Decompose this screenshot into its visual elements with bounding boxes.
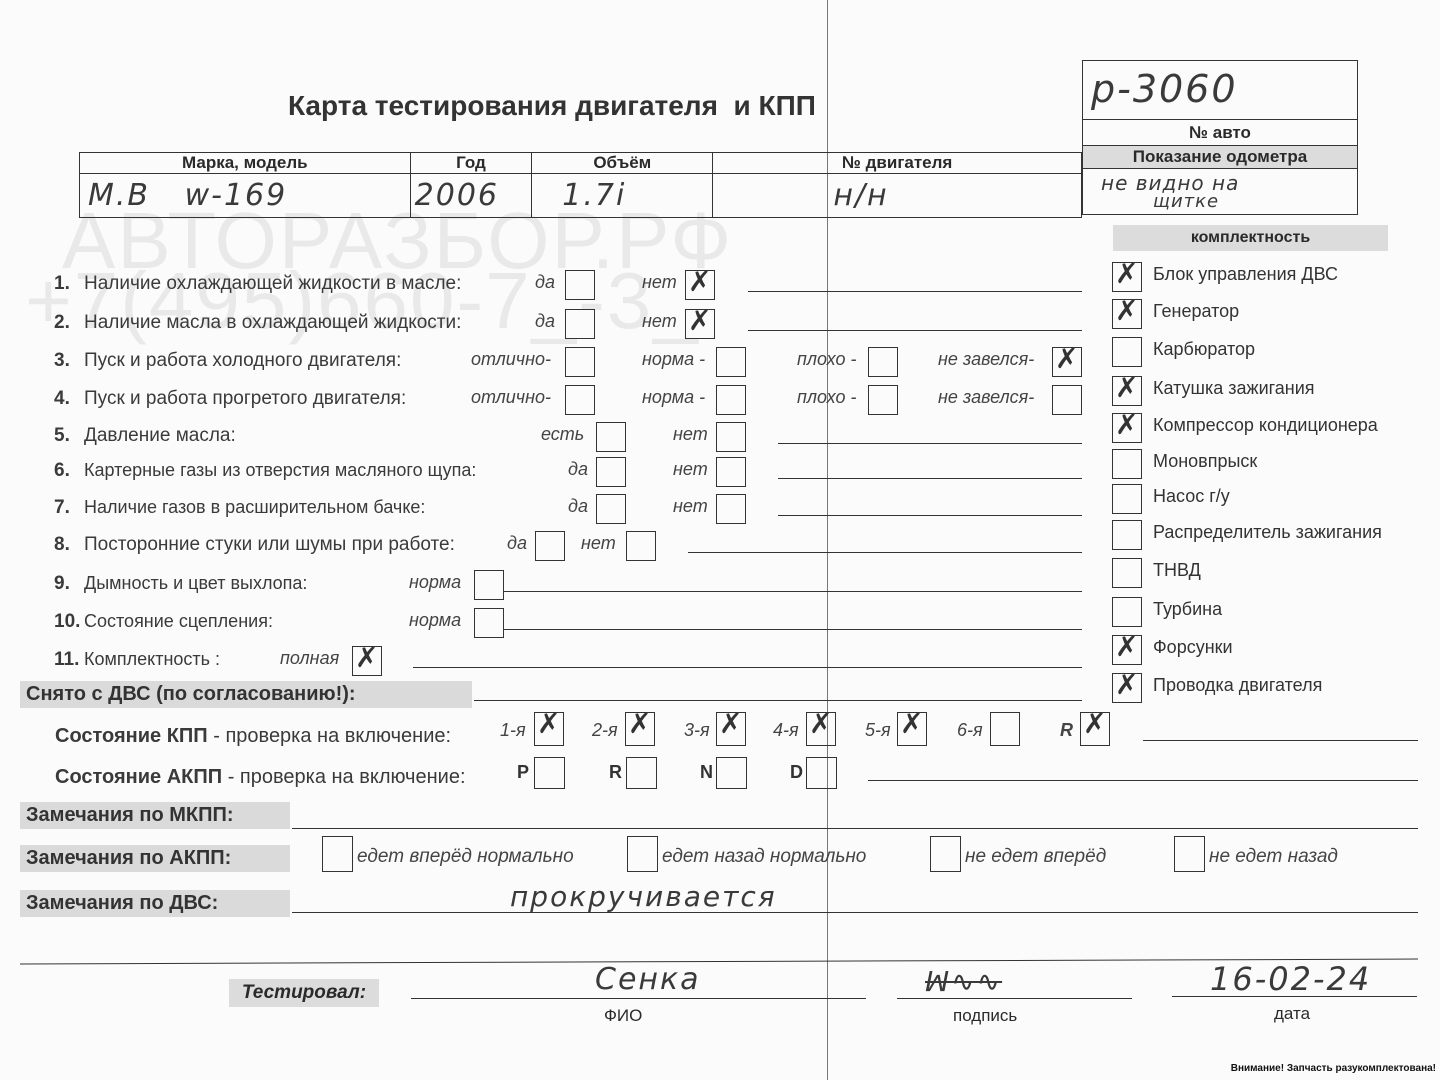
option-label: нет (642, 311, 677, 332)
option-label: норма (409, 610, 461, 631)
comment-line[interactable] (748, 291, 1082, 292)
option-checkbox[interactable] (868, 347, 898, 377)
option-checkbox[interactable]: ✗ (1052, 347, 1082, 377)
completeness-label: Турбина (1153, 599, 1222, 620)
option-label: норма - (642, 387, 705, 408)
option-checkbox[interactable] (626, 531, 656, 561)
dvs-remarks-label: Замечания по ДВС: (20, 890, 290, 917)
akpp-option-label: едет вперёд нормально (357, 846, 574, 868)
check-mark-icon: ✗ (1115, 373, 1138, 403)
comment-line[interactable] (688, 552, 1082, 553)
check-mark-icon: ✗ (719, 709, 742, 739)
option-label: да (507, 533, 527, 554)
comment-line[interactable] (778, 515, 1082, 516)
gear-checkbox[interactable]: ✗ (534, 712, 564, 746)
option-checkbox[interactable] (716, 347, 746, 377)
option-label: да (568, 459, 588, 480)
completeness-label: Карбюратор (1153, 339, 1255, 360)
akpp-option-checkbox[interactable] (627, 836, 658, 872)
option-label: отлично- (471, 349, 551, 370)
option-label: да (535, 311, 555, 332)
option-checkbox[interactable]: ✗ (685, 309, 715, 339)
gear-label: 4-я (773, 720, 799, 741)
comment-line[interactable] (413, 667, 1082, 668)
check-mark-icon: ✗ (1115, 259, 1138, 289)
option-label: нет (581, 533, 616, 554)
option-label: есть (541, 424, 584, 445)
option-checkbox[interactable] (535, 531, 565, 561)
check-mark-icon: ✗ (688, 306, 711, 336)
option-checkbox[interactable]: ✗ (352, 646, 382, 676)
option-checkbox[interactable] (868, 385, 898, 415)
option-checkbox[interactable] (565, 385, 595, 415)
gear-label: 5-я (865, 720, 891, 741)
completeness-label: Проводка двигателя (1153, 675, 1322, 696)
auto-gearbox-line[interactable] (868, 780, 1418, 781)
completeness-label: Насос г/у (1153, 486, 1230, 507)
option-label: да (535, 272, 555, 293)
gear-checkbox[interactable]: ✗ (1080, 712, 1110, 746)
option-label: норма (409, 572, 461, 593)
akpp-option-label: не едет вперёд (965, 846, 1106, 868)
manual-gearbox-line[interactable] (1143, 740, 1418, 741)
manual-gearbox-label: Состояние КПП - проверка на включение: (55, 725, 451, 748)
warning-text: Внимание! Запчасть разукомплектована! (1231, 1063, 1436, 1074)
gear-checkbox[interactable]: ✗ (625, 712, 655, 746)
mode-checkbox[interactable] (806, 757, 837, 789)
gear-checkbox[interactable]: ✗ (897, 712, 927, 746)
gear-checkbox[interactable]: ✗ (716, 712, 746, 746)
gear-label: 1-я (500, 720, 526, 741)
check-mark-icon: ✗ (1115, 296, 1138, 326)
removed-parts-label: Снято с ДВС (по согласованию!): (20, 681, 472, 708)
akpp-option-checkbox[interactable] (930, 836, 961, 872)
manual-gearbox-label-rest: - проверка на включение: (208, 725, 451, 747)
akpp-remarks-label: Замечания по АКПП: (20, 845, 290, 872)
check-number: 9. (54, 573, 70, 595)
check-number: 5. (54, 425, 70, 447)
mode-checkbox[interactable] (716, 757, 747, 789)
completeness-checkbox[interactable] (1112, 484, 1142, 514)
check-number: 10. (54, 611, 80, 633)
completeness-label: Блок управления ДВС (1153, 264, 1338, 285)
check-number: 8. (54, 534, 70, 556)
option-checkbox[interactable]: ✗ (685, 270, 715, 300)
option-checkbox[interactable] (716, 494, 746, 524)
dvs-remarks-value[interactable]: прокручивается (510, 880, 777, 913)
check-label: Пуск и работа прогретого двигателя: (84, 388, 406, 410)
option-label: не завелся- (938, 387, 1034, 408)
completeness-checkbox[interactable] (1112, 449, 1142, 479)
completeness-label: Катушка зажигания (1153, 378, 1315, 399)
mode-checkbox[interactable] (626, 757, 657, 789)
tested-by-label: Тестировал: (229, 979, 379, 1007)
completeness-label: ТНВД (1153, 560, 1201, 581)
check-number: 3. (54, 350, 70, 372)
check-mark-icon: ✗ (1115, 410, 1138, 440)
make-model-field[interactable]: M.B w-169 (80, 174, 411, 218)
signature-line[interactable] (897, 998, 1132, 999)
col-header-volume: Объём (532, 153, 713, 174)
col-header-make-model: Марка, модель (80, 153, 411, 174)
option-label: отлично- (471, 387, 551, 408)
gear-label: R (1060, 720, 1073, 741)
check-number: 2. (54, 312, 70, 334)
check-label: Наличие масла в охлаждающей жидкости: (84, 312, 461, 334)
page-title: Карта тестирования двигателя и КПП (288, 90, 816, 122)
completeness-checkbox[interactable] (1112, 337, 1142, 367)
mkpp-remarks-label: Замечания по МКПП: (20, 802, 290, 829)
check-number: 11. (54, 649, 79, 671)
completeness-label: Распределитель зажигания (1153, 522, 1382, 543)
tester-name-value[interactable]: Сенка (595, 962, 701, 997)
check-label: Наличие газов в расширительном бачке: (84, 497, 425, 518)
signature-caption: подпись (953, 1006, 1017, 1026)
check-mark-icon: ✗ (1115, 670, 1138, 700)
check-label: Комплектность : (84, 649, 220, 670)
option-checkbox[interactable] (474, 570, 504, 600)
dvs-remarks-line[interactable] (292, 912, 1418, 913)
year-field[interactable]: 2006 (410, 174, 532, 218)
completeness-checkbox[interactable]: ✗ (1112, 673, 1142, 703)
completeness-label: Форсунки (1153, 637, 1233, 658)
auto-gearbox-label-bold: Состояние АКПП (55, 766, 222, 788)
check-number: 6. (54, 460, 70, 482)
mode-label: N (700, 762, 713, 783)
gear-checkbox[interactable]: ✗ (806, 712, 836, 746)
option-label: нет (673, 496, 708, 517)
completeness-checkbox[interactable] (1112, 597, 1142, 627)
check-label: Дымность и цвет выхлопа: (84, 573, 307, 594)
comment-line[interactable] (778, 443, 1082, 444)
auto-number-label: № авто (1083, 119, 1357, 146)
check-mark-icon: ✗ (1083, 709, 1106, 739)
check-label: Посторонние стуки или шумы при работе: (84, 534, 455, 556)
completeness-checkbox[interactable] (1112, 558, 1142, 588)
check-mark-icon: ✗ (1055, 344, 1078, 374)
option-checkbox[interactable] (565, 270, 595, 300)
akpp-option-label: не едет назад (1209, 846, 1338, 868)
check-mark-icon: ✗ (900, 709, 923, 739)
check-number: 7. (54, 497, 70, 519)
completeness-label: Генератор (1153, 301, 1239, 322)
completeness-checkbox[interactable] (1112, 520, 1142, 550)
option-checkbox[interactable] (565, 309, 595, 339)
check-label: Картерные газы из отверстия масляного щу… (84, 460, 476, 481)
completeness-checkbox[interactable]: ✗ (1112, 262, 1142, 292)
check-label: Состояние сцепления: (84, 611, 273, 632)
option-label: плохо - (797, 387, 856, 408)
comment-line[interactable] (504, 629, 1082, 630)
volume-field[interactable]: 1.7i (532, 174, 713, 218)
option-label: нет (673, 424, 708, 445)
comment-line[interactable] (504, 591, 1082, 592)
check-label: Давление масла: (84, 425, 236, 447)
check-label: Пуск и работа холодного двигателя: (84, 350, 401, 372)
gear-label: 2-я (592, 720, 618, 741)
completeness-header: комплектность (1113, 225, 1388, 251)
akpp-option-checkbox[interactable] (1174, 836, 1205, 872)
completeness-checkbox[interactable]: ✗ (1112, 413, 1142, 443)
odometer-label: Показание одометра (1083, 145, 1357, 169)
completeness-checkbox[interactable]: ✗ (1112, 299, 1142, 329)
check-mark-icon: ✗ (355, 643, 378, 673)
option-checkbox[interactable] (596, 457, 626, 487)
mode-checkbox[interactable] (534, 757, 565, 789)
check-number: 1. (54, 273, 70, 295)
footer-divider (20, 959, 1418, 965)
check-mark-icon: ✗ (688, 267, 711, 297)
option-checkbox[interactable] (716, 385, 746, 415)
option-checkbox[interactable] (474, 608, 504, 638)
gear-checkbox[interactable] (990, 712, 1020, 746)
mode-label: P (517, 762, 529, 783)
option-label: плохо - (797, 349, 856, 370)
manual-gearbox-label-bold: Состояние КПП (55, 725, 208, 747)
removed-parts-line[interactable] (474, 700, 1082, 701)
option-label: не завелся- (938, 349, 1034, 370)
option-checkbox[interactable] (716, 457, 746, 487)
completeness-label: Моновпрыск (1153, 451, 1257, 472)
mode-label: D (790, 762, 803, 783)
completeness-label: Компрессор кондиционера (1153, 415, 1378, 436)
engine-number-field[interactable]: н/н (713, 174, 1082, 218)
option-checkbox[interactable] (565, 347, 595, 377)
col-header-year: Год (410, 153, 532, 174)
signature-value[interactable]: ꟽ∿∿ (925, 965, 1002, 998)
option-checkbox[interactable] (596, 422, 626, 452)
option-checkbox[interactable] (1052, 385, 1082, 415)
check-mark-icon: ✗ (628, 709, 651, 739)
option-label: норма - (642, 349, 705, 370)
date-value[interactable]: 16-02-24 (1210, 960, 1371, 998)
comment-line[interactable] (778, 478, 1082, 479)
gear-label: 3-я (684, 720, 710, 741)
option-label: полная (280, 648, 339, 669)
vehicle-info-table: Марка, модель Год Объём № двигателя M.B … (79, 152, 1082, 218)
akpp-option-checkbox[interactable] (322, 836, 353, 872)
auto-gearbox-label: Состояние АКПП - проверка на включение: (55, 766, 466, 789)
auto-number-field[interactable]: р-3060 (1091, 67, 1238, 111)
option-label: да (568, 496, 588, 517)
akpp-option-label: едет назад нормально (662, 846, 866, 868)
option-label: нет (673, 459, 708, 480)
check-number: 4. (54, 388, 70, 410)
comment-line[interactable] (748, 330, 1082, 331)
col-header-engine-number: № двигателя (713, 153, 1082, 174)
completeness-checkbox[interactable]: ✗ (1112, 635, 1142, 665)
date-caption: дата (1274, 1004, 1310, 1024)
date-line[interactable] (1172, 996, 1417, 997)
option-checkbox[interactable] (716, 422, 746, 452)
check-mark-icon: ✗ (1115, 632, 1138, 662)
mode-label: R (609, 762, 622, 783)
odometer-value-line2[interactable]: щитке (1153, 191, 1219, 212)
mkpp-remarks-line[interactable] (292, 828, 1418, 829)
name-caption: ФИО (604, 1006, 642, 1026)
option-checkbox[interactable] (596, 494, 626, 524)
check-label: Наличие охлаждающей жидкости в масле: (84, 273, 461, 295)
option-label: нет (642, 272, 677, 293)
completeness-checkbox[interactable]: ✗ (1112, 376, 1142, 406)
gear-label: 6-я (957, 720, 983, 741)
check-mark-icon: ✗ (809, 709, 832, 739)
auto-box: р-3060 № авто Показание одометра не видн… (1082, 60, 1358, 215)
auto-gearbox-label-rest: - проверка на включение: (222, 766, 465, 788)
tester-name-line[interactable] (411, 998, 866, 999)
check-mark-icon: ✗ (537, 709, 560, 739)
